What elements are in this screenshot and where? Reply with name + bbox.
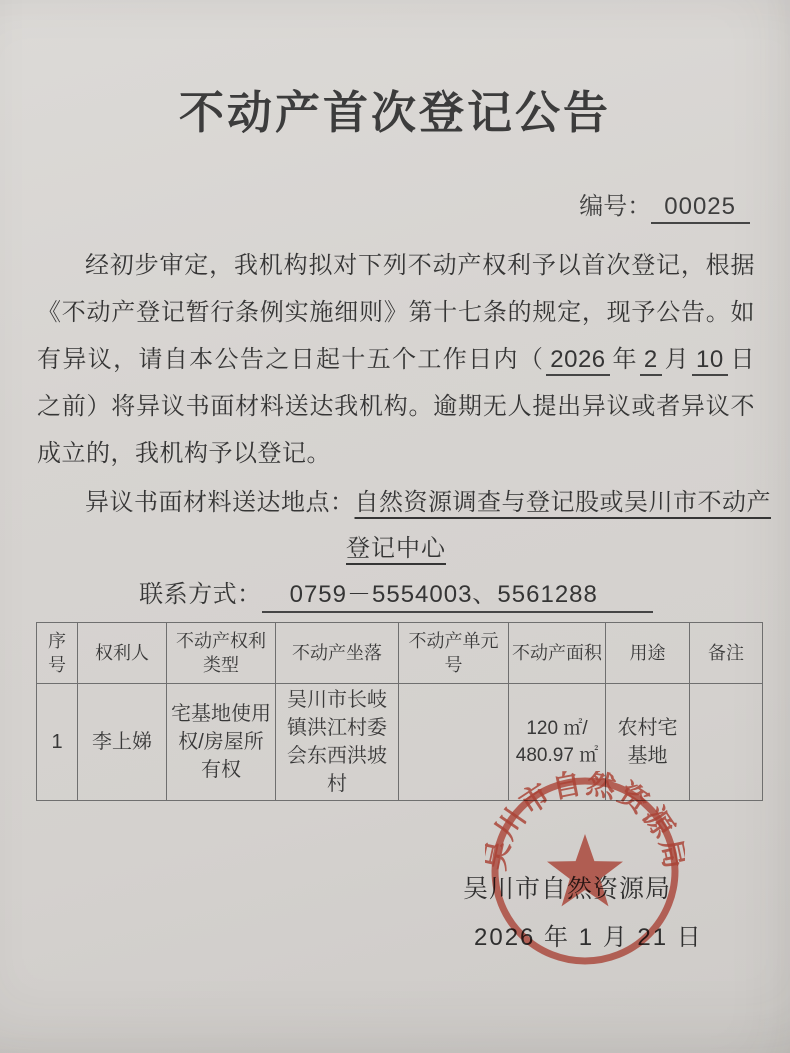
deadline-day: 10 bbox=[692, 346, 728, 376]
header-holder: 权利人 bbox=[78, 623, 167, 684]
official-seal: 吴川市自然资源局 bbox=[485, 771, 685, 971]
table-header-row: 序号 权利人 不动产权利类型 不动产坐落 不动产单元号 不动产面积 用途 备注 bbox=[37, 623, 763, 684]
cell-area-line1: 120 ㎡/ bbox=[512, 715, 602, 742]
cell-holder: 李上娣 bbox=[78, 684, 167, 801]
seal-ring bbox=[495, 781, 675, 961]
cell-remark bbox=[690, 684, 763, 801]
registration-table: 序号 权利人 不动产权利类型 不动产坐落 不动产单元号 不动产面积 用途 备注 … bbox=[36, 622, 763, 801]
contact-value: 0759－5554003、5561288 bbox=[262, 581, 653, 613]
deadline-year: 2026 bbox=[546, 346, 609, 376]
document-number: 编号：00025 bbox=[579, 186, 750, 221]
objection-address-value-part2: 登记中心 bbox=[346, 535, 446, 562]
document-number-label: 编号： bbox=[579, 193, 651, 220]
objection-address-label: 异议书面材料送达地点： bbox=[85, 489, 355, 516]
issue-date: 2026 年 1 月 21 日 bbox=[474, 917, 703, 952]
header-remark: 备注 bbox=[690, 623, 763, 684]
announcement-document: 不动产首次登记公告 编号：00025 经初步审定，我机构拟对下列不动产权利予以首… bbox=[0, 0, 790, 1053]
header-location: 不动产坐落 bbox=[276, 623, 399, 684]
unit-year: 年 bbox=[612, 346, 638, 373]
cell-right-type: 宅基地使用权/房屋所有权 bbox=[167, 684, 276, 801]
document-number-value: 00025 bbox=[651, 193, 750, 224]
header-area: 不动产面积 bbox=[509, 623, 606, 684]
announcement-content: 经初步审定，我机构拟对下列不动产权利予以首次登记，根据《不动产登记暂行条例实施细… bbox=[37, 242, 755, 618]
header-usage: 用途 bbox=[606, 623, 690, 684]
issuing-authority: 吴川市自然资源局 bbox=[463, 869, 671, 905]
contact-label: 联系方式： bbox=[139, 581, 262, 608]
page-title: 不动产首次登记公告 bbox=[0, 76, 790, 141]
header-right-type: 不动产权利类型 bbox=[167, 623, 276, 684]
cell-area: 120 ㎡/ 480.97 ㎡ bbox=[509, 684, 606, 801]
seal-star-icon bbox=[547, 834, 623, 906]
header-unit-no: 不动产单元号 bbox=[399, 623, 509, 684]
announcement-body-paragraph: 经初步审定，我机构拟对下列不动产权利予以首次登记，根据《不动产登记暂行条例实施细… bbox=[37, 242, 755, 477]
objection-address-line1: 异议书面材料送达地点：自然资源调查与登记股或吴川市不动产 bbox=[37, 480, 755, 526]
unit-month: 月 bbox=[664, 346, 690, 373]
cell-location: 吴川市长岐镇洪江村委会东西洪坡村 bbox=[276, 684, 399, 801]
cell-unit-no bbox=[399, 684, 509, 801]
objection-address-line2: 登记中心 bbox=[37, 526, 755, 572]
header-seq: 序号 bbox=[37, 623, 78, 684]
contact-line: 联系方式：0759－5554003、5561288 bbox=[37, 572, 755, 618]
cell-area-line2: 480.97 ㎡ bbox=[512, 742, 602, 769]
cell-usage: 农村宅基地 bbox=[606, 684, 690, 801]
table-row: 1 李上娣 宅基地使用权/房屋所有权 吴川市长岐镇洪江村委会东西洪坡村 120 … bbox=[37, 684, 763, 801]
deadline-month: 2 bbox=[640, 346, 662, 376]
objection-address-value-part1: 自然资源调查与登记股或吴川市不动产 bbox=[355, 489, 772, 516]
cell-seq: 1 bbox=[37, 684, 78, 801]
